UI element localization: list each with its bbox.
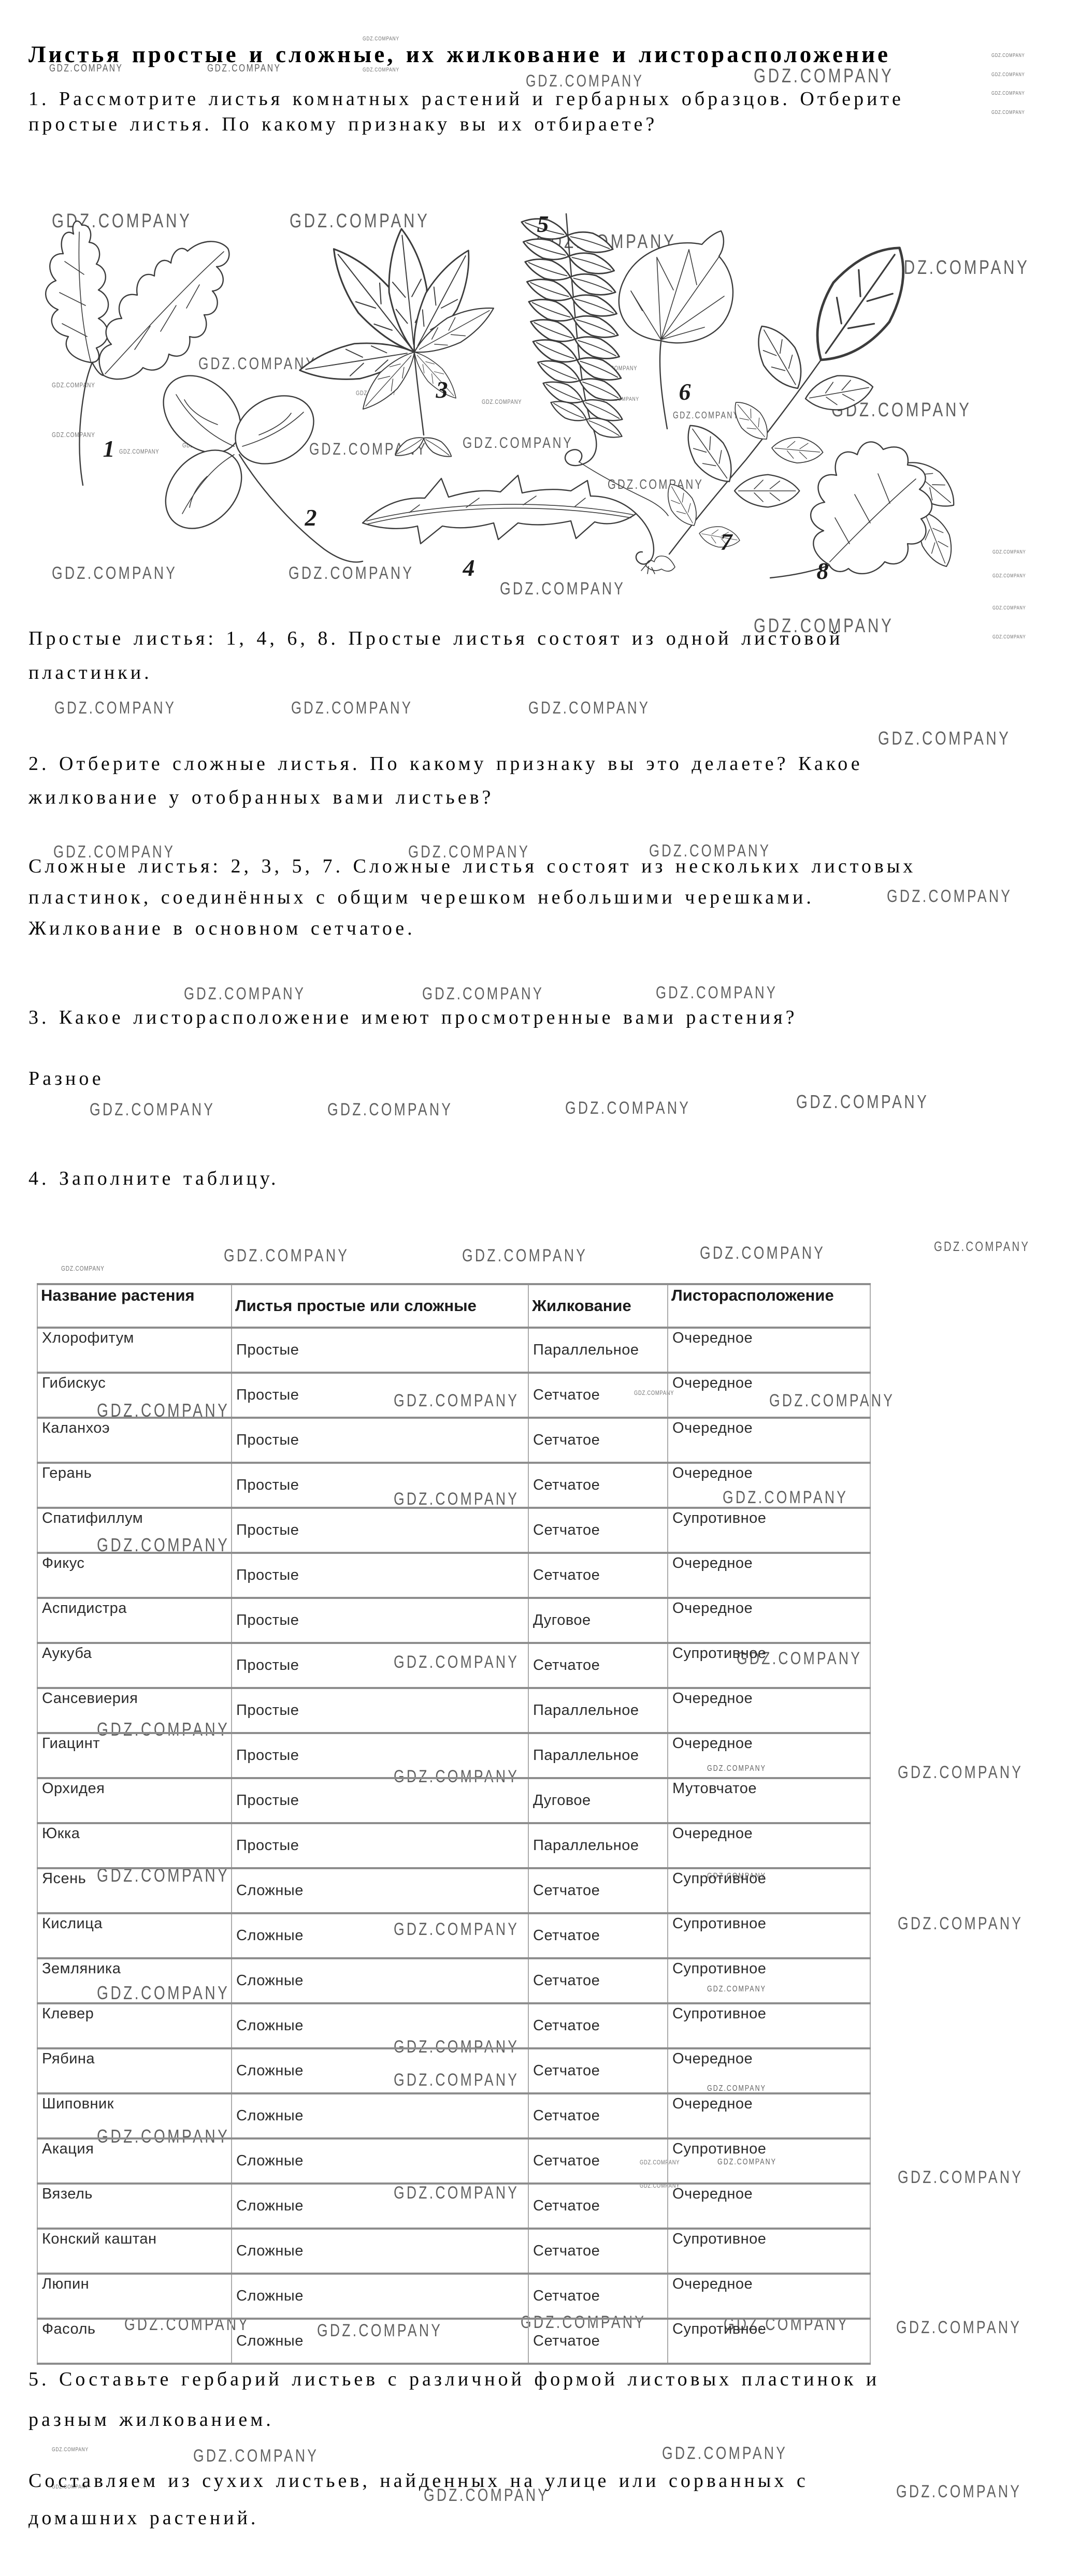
- watermark: GDZ.COMPANY: [992, 635, 1026, 640]
- col-header-venation: Жилкование: [528, 1284, 668, 1328]
- table-cell: Сложные: [232, 1958, 528, 2003]
- watermark: GDZ.COMPANY: [991, 91, 1025, 96]
- table-cell: Сетчатое: [528, 1553, 668, 1598]
- leaf-number-2: 2: [305, 504, 317, 531]
- watermark: GDZ.COMPANY: [934, 1240, 1030, 1253]
- table-cell: Рябина: [37, 2048, 232, 2093]
- table-cell: Очередное: [668, 2093, 870, 2138]
- table-cell: Очередное: [668, 1463, 870, 1508]
- table-cell: Сетчатое: [528, 2184, 668, 2229]
- watermark: GDZ.COMPANY: [526, 72, 644, 89]
- leaf-4: 4: [363, 475, 655, 581]
- col-header-leaf-type: Листья простые или сложные: [232, 1284, 528, 1328]
- watermark: GDZ.COMPANY: [52, 2447, 89, 2453]
- answer-5-line-1: Составляем из сухих листьев, найденных н…: [28, 2470, 809, 2493]
- table-cell: Очередное: [668, 1553, 870, 1598]
- table-cell: Супротивное: [668, 2138, 870, 2184]
- leaf-2: 2: [148, 360, 363, 562]
- table-cell: Мутовчатое: [668, 1778, 870, 1823]
- table-row: СпатифиллумПростыеСетчатоеСупротивное: [37, 1508, 870, 1553]
- leaf-6: 6: [619, 231, 733, 429]
- table-cell: Параллельное: [528, 1823, 668, 1868]
- leaf-number-5: 5: [537, 211, 549, 237]
- table-row: ШиповникСложныеСетчатоеОчередное: [37, 2093, 870, 2138]
- table-cell: Фасоль: [37, 2319, 232, 2364]
- col-header-plant-name: Название растения: [37, 1284, 232, 1328]
- table-cell: Сетчатое: [528, 2003, 668, 2048]
- leaf-number-3: 3: [436, 376, 448, 403]
- table-cell: Сетчатое: [528, 2229, 668, 2274]
- table-cell: Простые: [232, 1688, 528, 1733]
- col-header-arrangement: Листорасположение: [668, 1284, 870, 1328]
- table-cell: Сетчатое: [528, 1418, 668, 1463]
- table-cell: Супротивное: [668, 1913, 870, 1958]
- leaf-8: 8: [770, 442, 932, 584]
- watermark: GDZ.COMPANY: [565, 1099, 690, 1117]
- table-header-row: Название растения Листья простые или сло…: [37, 1284, 870, 1328]
- watermark: GDZ.COMPANY: [54, 699, 176, 716]
- table-row: СансевиерияПростыеПараллельноеОчередное: [37, 1688, 870, 1733]
- table-row: АспидистраПростыеДуговоеОчередное: [37, 1598, 870, 1643]
- table-cell: Гибискус: [37, 1373, 232, 1418]
- watermark: GDZ.COMPANY: [462, 1247, 587, 1264]
- table-cell: Сложные: [232, 2184, 528, 2229]
- watermark: GDZ.COMPANY: [898, 2169, 1023, 2186]
- table-cell: Очередное: [668, 1418, 870, 1463]
- table-cell: Гиацинт: [37, 1733, 232, 1778]
- table-cell: Простые: [232, 1823, 528, 1868]
- table-row: РябинаСложныеСетчатоеОчередное: [37, 2048, 870, 2093]
- table-cell: Люпин: [37, 2274, 232, 2319]
- table-cell: Супротивное: [668, 2003, 870, 2048]
- watermark: GDZ.COMPANY: [224, 1247, 349, 1264]
- table-cell: Простые: [232, 1778, 528, 1823]
- table-cell: Простые: [232, 1418, 528, 1463]
- answer-2-line-1: Сложные листья: 2, 3, 5, 7. Сложные лист…: [28, 855, 916, 878]
- table-cell: Супротивное: [668, 2229, 870, 2274]
- table-cell: Клевер: [37, 2003, 232, 2048]
- table-row: АукубаПростыеСетчатоеСупротивное: [37, 1643, 870, 1688]
- table-cell: Каланхоэ: [37, 1418, 232, 1463]
- table-row: ФасольСложныеСетчатоеСупротивное: [37, 2319, 870, 2364]
- question-3: 3. Какое листорасположение имеют просмот…: [28, 1007, 797, 1029]
- table-cell: Параллельное: [528, 1733, 668, 1778]
- table-cell: Сложные: [232, 2319, 528, 2364]
- page-title: Листья простые и сложные, их жилкование …: [28, 41, 890, 68]
- table-row: ЮккаПростыеПараллельноеОчередное: [37, 1823, 870, 1868]
- table-row: ГиацинтПростыеПараллельноеОчередное: [37, 1733, 870, 1778]
- table-cell: Супротивное: [668, 1508, 870, 1553]
- question-2-line-2: жилкование у отобранных вами листьев?: [28, 787, 494, 809]
- question-5-line-1: 5. Составьте гербарий листьев с различно…: [28, 2368, 880, 2391]
- table-cell: Ясень: [37, 1868, 232, 1913]
- table-row: КаланхоэПростыеСетчатоеОчередное: [37, 1418, 870, 1463]
- scanned-workbook-page: { "title": "Листья простые и сложные, их…: [0, 0, 1065, 2576]
- table-cell: Очередное: [668, 1373, 870, 1418]
- table-row: ЯсеньСложныеСетчатоеСупротивное: [37, 1868, 870, 1913]
- table-cell: Очередное: [668, 1328, 870, 1373]
- table-cell: Простые: [232, 1508, 528, 1553]
- watermark: GDZ.COMPANY: [184, 985, 306, 1002]
- watermark: GDZ.COMPANY: [991, 53, 1025, 59]
- table-cell: Сетчатое: [528, 2093, 668, 2138]
- table-cell: Очередное: [668, 2274, 870, 2319]
- question-2-line-1: 2. Отберите сложные листья. По какому пр…: [28, 753, 863, 776]
- table-cell: Супротивное: [668, 1643, 870, 1688]
- table-cell: Простые: [232, 1733, 528, 1778]
- question-5-line-2: разным жилкованием.: [28, 2409, 274, 2432]
- table-cell: Юкка: [37, 1823, 232, 1868]
- watermark: GDZ.COMPANY: [991, 110, 1025, 115]
- table-cell: Простые: [232, 1463, 528, 1508]
- watermark: GDZ.COMPANY: [992, 606, 1026, 611]
- table-cell: Сансевиерия: [37, 1688, 232, 1733]
- watermark: GDZ.COMPANY: [193, 2447, 319, 2465]
- table-cell: Орхидея: [37, 1778, 232, 1823]
- table-cell: Сложные: [232, 2229, 528, 2274]
- table-cell: Сложные: [232, 2048, 528, 2093]
- table-cell: Сложные: [232, 2093, 528, 2138]
- table-cell: Супротивное: [668, 1958, 870, 2003]
- leaf-number-1: 1: [103, 435, 115, 462]
- table-cell: Кислица: [37, 1913, 232, 1958]
- table-row: ФикусПростыеСетчатоеОчередное: [37, 1553, 870, 1598]
- table-cell: Простые: [232, 1553, 528, 1598]
- table-cell: Сетчатое: [528, 2048, 668, 2093]
- table-cell: Сложные: [232, 2003, 528, 2048]
- table-cell: Земляника: [37, 1958, 232, 2003]
- answer-1-line-2: пластинки.: [28, 662, 152, 685]
- table-row: ОрхидеяПростыеДуговоеМутовчатое: [37, 1778, 870, 1823]
- table-cell: Параллельное: [528, 1328, 668, 1373]
- plants-table: Название растения Листья простые или сло…: [37, 1283, 871, 2365]
- table-cell: Супротивное: [668, 2319, 870, 2364]
- table-row: ВязельСложныеСетчатоеОчередное: [37, 2184, 870, 2229]
- table-row: КислицаСложныеСетчатоеСупротивное: [37, 1913, 870, 1958]
- table-cell: Сетчатое: [528, 1958, 668, 2003]
- watermark: GDZ.COMPANY: [422, 985, 544, 1002]
- table-cell: Сложные: [232, 2274, 528, 2319]
- watermark: GDZ.COMPANY: [896, 2319, 1021, 2336]
- watermark: GDZ.COMPANY: [90, 1101, 215, 1118]
- watermark: GDZ.COMPANY: [896, 2483, 1021, 2500]
- table-cell: Аукуба: [37, 1643, 232, 1688]
- watermark: GDZ.COMPANY: [327, 1101, 453, 1118]
- table-cell: Очередное: [668, 1733, 870, 1778]
- leaf-number-4: 4: [463, 555, 475, 581]
- watermark: GDZ.COMPANY: [700, 1244, 825, 1262]
- leaf-number-8: 8: [817, 558, 829, 584]
- table-cell: Простые: [232, 1598, 528, 1643]
- watermark: GDZ.COMPANY: [754, 66, 894, 86]
- table-row: ХлорофитумПростыеПараллельноеОчередное: [37, 1328, 870, 1373]
- table-cell: Простые: [232, 1373, 528, 1418]
- watermark: GDZ.COMPANY: [898, 1915, 1023, 1932]
- leaf-3: 3: [297, 227, 500, 462]
- table-cell: Сетчатое: [528, 2138, 668, 2184]
- table-cell: Акация: [37, 2138, 232, 2184]
- table-cell: Очередное: [668, 1688, 870, 1733]
- question-4: 4. Заполните таблицу.: [28, 1168, 279, 1190]
- table-row: КлеверСложныеСетчатоеСупротивное: [37, 2003, 870, 2048]
- table-cell: Простые: [232, 1643, 528, 1688]
- watermark: GDZ.COMPANY: [291, 699, 413, 716]
- table-row: АкацияСложныеСетчатоеСупротивное: [37, 2138, 870, 2184]
- table-cell: Очередное: [668, 1823, 870, 1868]
- table-row: ЛюпинСложныеСетчатоеОчередное: [37, 2274, 870, 2319]
- table-cell: Сложные: [232, 1868, 528, 1913]
- table-cell: Сетчатое: [528, 1463, 668, 1508]
- answer-2-line-3: Жилкование в основном сетчатое.: [28, 918, 415, 940]
- table-cell: Очередное: [668, 2048, 870, 2093]
- question-1-line-1: 1. Рассмотрите листья комнатных растений…: [28, 88, 904, 111]
- watermark: GDZ.COMPANY: [887, 887, 1012, 905]
- answer-3: Разное: [28, 1068, 104, 1090]
- table-cell: Сложные: [232, 2138, 528, 2184]
- table-cell: Конский каштан: [37, 2229, 232, 2274]
- table-cell: Сетчатое: [528, 1913, 668, 1958]
- table-cell: Сетчатое: [528, 1508, 668, 1553]
- table-cell: Спатифиллум: [37, 1508, 232, 1553]
- answer-2-line-2: пластинок, соединённых с общим черешком …: [28, 886, 814, 909]
- table-cell: Дуговое: [528, 1598, 668, 1643]
- watermark: GDZ.COMPANY: [61, 1265, 105, 1272]
- table-cell: Очередное: [668, 1598, 870, 1643]
- watermark: GDZ.COMPANY: [878, 729, 1011, 748]
- table-cell: Очередное: [668, 2184, 870, 2229]
- table-cell: Фикус: [37, 1553, 232, 1598]
- table-cell: Герань: [37, 1463, 232, 1508]
- table-cell: Сетчатое: [528, 1373, 668, 1418]
- table-cell: Сетчатое: [528, 2274, 668, 2319]
- watermark: GDZ.COMPANY: [528, 699, 650, 716]
- table-row: ГераньПростыеСетчатоеОчередное: [37, 1463, 870, 1508]
- table-cell: Сетчатое: [528, 1868, 668, 1913]
- answer-5-line-2: домашних растений.: [28, 2507, 258, 2530]
- watermark: GDZ.COMPANY: [898, 1764, 1023, 1781]
- answer-1-line-1: Простые листья: 1, 4, 6, 8. Простые лист…: [28, 628, 843, 650]
- table-cell: Сетчатое: [528, 1643, 668, 1688]
- table-cell: Вязель: [37, 2184, 232, 2229]
- table-cell: Супротивное: [668, 1868, 870, 1913]
- watermark: GDZ.COMPANY: [662, 2444, 787, 2462]
- table-cell: Простые: [232, 1328, 528, 1373]
- table-cell: Параллельное: [528, 1688, 668, 1733]
- table-cell: Шиповник: [37, 2093, 232, 2138]
- leaf-number-6: 6: [679, 379, 691, 405]
- leaves-figure: 1 2 3 4: [0, 207, 1065, 590]
- table-cell: Хлорофитум: [37, 1328, 232, 1373]
- question-1-line-2: простые листья. По какому признаку вы их…: [28, 113, 657, 136]
- table-row: ЗемляникаСложныеСетчатоеСупротивное: [37, 1958, 870, 2003]
- table-cell: Дуговое: [528, 1778, 668, 1823]
- table-cell: Сетчатое: [528, 2319, 668, 2364]
- watermark: GDZ.COMPANY: [656, 984, 778, 1001]
- table-body: ХлорофитумПростыеПараллельноеОчередноеГи…: [37, 1328, 870, 2364]
- table-cell: Аспидистра: [37, 1598, 232, 1643]
- leaf-number-7: 7: [721, 529, 733, 555]
- watermark: GDZ.COMPANY: [991, 72, 1025, 78]
- watermark: GDZ.COMPANY: [796, 1093, 929, 1111]
- table-row: Конский каштанСложныеСетчатоеСупротивное: [37, 2229, 870, 2274]
- table-row: ГибискусПростыеСетчатоеОчередное: [37, 1373, 870, 1418]
- table-cell: Сложные: [232, 1913, 528, 1958]
